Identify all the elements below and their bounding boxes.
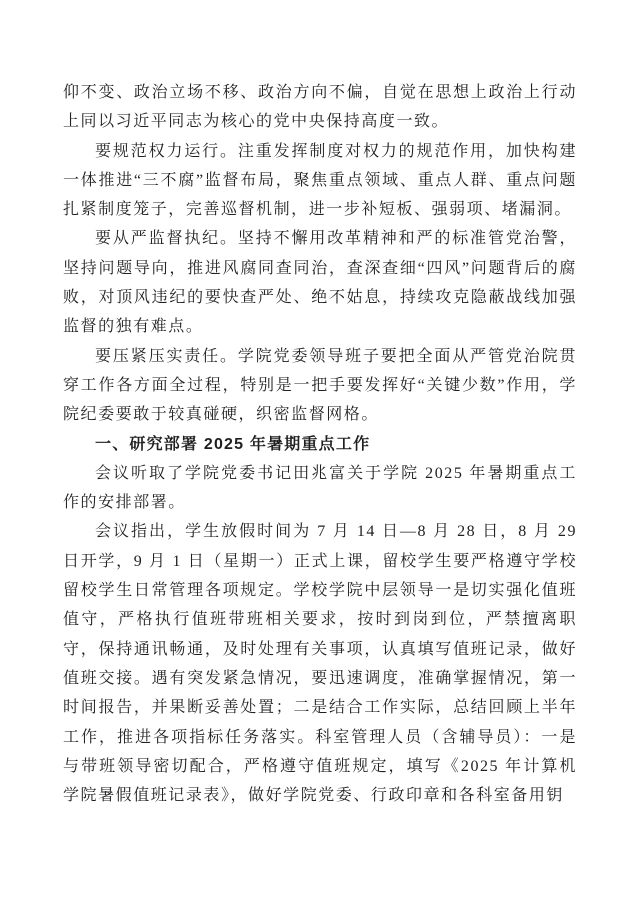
- section-heading-summer-work-2025: 一、研究部署 2025 年暑期重点工作: [63, 430, 577, 459]
- paragraph-regulate-power: 要规范权力运行。注重发挥制度对权力的规范作用，加快构建一体推进“三不腐”监督布局…: [63, 137, 577, 225]
- paragraph-continued-political-alignment: 仰不变、政治立场不移、政治方向不偏，自觉在思想上政治上行动上同以习近平同志为核心…: [63, 78, 577, 137]
- paragraph-strict-supervision: 要从严监督执纪。坚持不懈用改革精神和严的标准管党治警，坚持问题导向，推进风腐同查…: [63, 224, 577, 341]
- paragraph-meeting-report: 会议听取了学院党委书记田兆富关于学院 2025 年暑期重点工作的安排部署。: [63, 459, 577, 518]
- paragraph-responsibility: 要压紧压实责任。学院党委领导班子要把全面从严管党治院贯穿工作各方面全过程，特别是…: [63, 342, 577, 430]
- paragraph-vacation-arrangements: 会议指出，学生放假时间为 7 月 14 日—8 月 28 日，8 月 29 日开…: [63, 517, 577, 810]
- document-page: 仰不变、政治立场不移、政治方向不偏，自觉在思想上政治上行动上同以习近平同志为核心…: [0, 0, 639, 905]
- document-body: 仰不变、政治立场不移、政治方向不偏，自觉在思想上政治上行动上同以习近平同志为核心…: [63, 78, 577, 810]
